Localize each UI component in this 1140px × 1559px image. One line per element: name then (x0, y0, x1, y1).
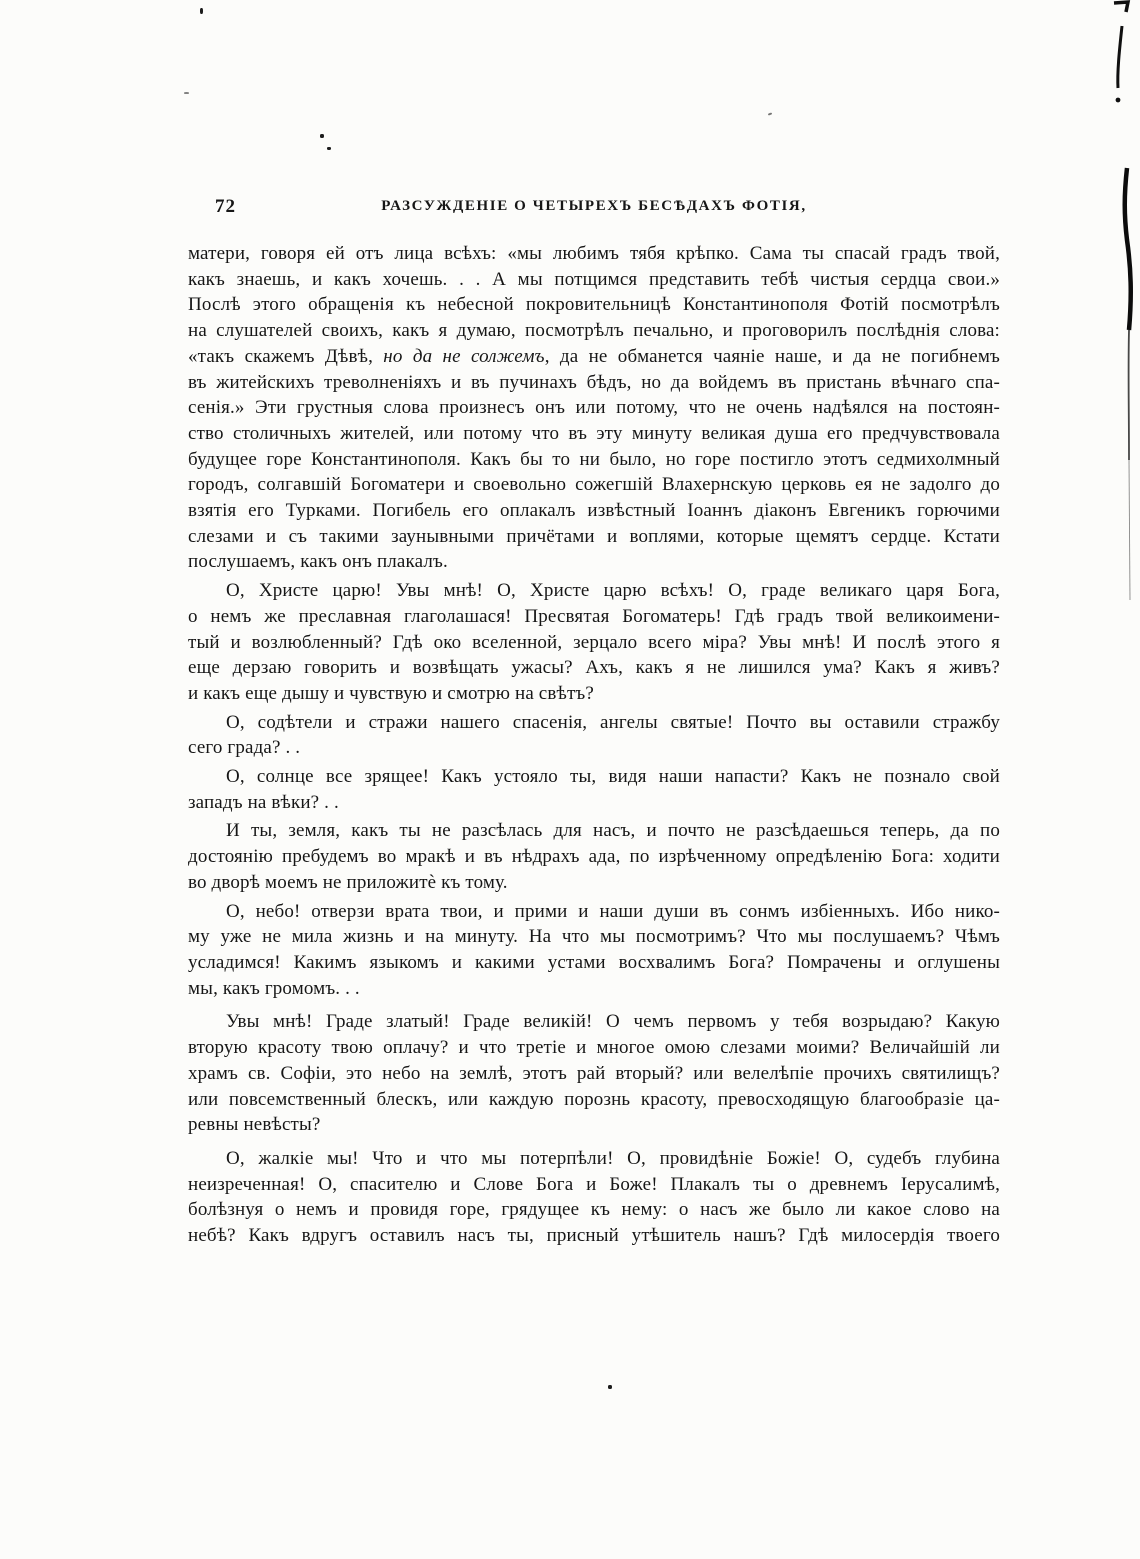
paragraph: матери, говоря ей отъ лица всѣхъ: «мы лю… (188, 241, 1000, 575)
text-line: достоянію пребудемъ во мракѣ и въ нѣдрах… (188, 844, 1000, 870)
text-line: О, солнце все зрящее! Какъ устояло ты, в… (188, 764, 1000, 790)
text-line: О, жалкіе мы! Что и что мы потерпѣли! О,… (188, 1146, 1000, 1172)
paragraph: О, жалкіе мы! Что и что мы потерпѣли! О,… (188, 1146, 1000, 1249)
text-line: во дворѣ моемъ не приложитѐ къ тому. (188, 870, 1000, 896)
text-line: взятія его Турками. Погибель его оплакал… (188, 498, 1000, 524)
text-line: въ житейскихъ треволненіяхъ и въ пучинах… (188, 370, 1000, 396)
page-title: РАЗСУЖДЕНІЕ О ЧЕТЫРЕХЪ БЕСѢДАХЪ ФОТІЯ, (188, 198, 1000, 215)
paragraph: О, солнце все зрящее! Какъ устояло ты, в… (188, 764, 1000, 815)
text-line: вторую красоту твою оплачу? и что третіе… (188, 1035, 1000, 1061)
text-line: будущее горе Константинополя. Какъ бы то… (188, 447, 1000, 473)
text-line: усладимся! Какимъ языкомъ и какими устам… (188, 950, 1000, 976)
text-line: Послѣ этого обращенія къ небесной покров… (188, 292, 1000, 318)
text-line: ство столичныхъ жителей, или потому что … (188, 421, 1000, 447)
text-line: болѣзнуя о немъ и провидя горе, грядущее… (188, 1197, 1000, 1223)
paragraph: О, содѣтели и стражи нашего спасенія, ан… (188, 710, 1000, 761)
text-line: еще дерзаю говорить и возвѣщать ужасы? А… (188, 655, 1000, 681)
text-line: на слушателей своихъ, какъ я думаю, посм… (188, 318, 1000, 344)
paragraph: О, Христе царю! Увы мнѣ! О, Христе царю … (188, 578, 1000, 707)
text-line: му уже не мила жизнь и на минуту. На что… (188, 924, 1000, 950)
dust-speck (327, 147, 331, 150)
text-line: матери, говоря ей отъ лица всѣхъ: «мы лю… (188, 241, 1000, 267)
text-segment: , да не обманется чаяніе наше, и да не п… (545, 346, 1000, 367)
paragraph: О, небо! отверзи врата твои, и прими и н… (188, 899, 1000, 1002)
text-line: западъ на вѣки? . . (188, 790, 1000, 816)
text-line: ревны невѣсты? (188, 1112, 1000, 1138)
dust-speck (184, 92, 189, 94)
body-text: матери, говоря ей отъ лица всѣхъ: «мы лю… (188, 241, 1000, 1249)
text-line: «такъ скажемъ Дѣвѣ, но да не солжемъ, да… (188, 344, 1000, 370)
text-segment: «такъ скажемъ Дѣвѣ, (188, 346, 383, 367)
text-line: какъ знаешь, и какъ хочешь. . . А мы пот… (188, 267, 1000, 293)
dust-speck (608, 1385, 612, 1389)
text-line: слезами и съ такими заунывными причётами… (188, 524, 1000, 550)
text-line: тый и возлюбленный? Гдѣ око вселенной, з… (188, 630, 1000, 656)
paragraph: И ты, земля, какъ ты не разсѣлась для на… (188, 818, 1000, 895)
running-header: 72 РАЗСУЖДЕНІЕ О ЧЕТЫРЕХЪ БЕСѢДАХЪ ФОТІЯ… (188, 196, 1000, 218)
text-line: О, содѣтели и стражи нашего спасенія, ан… (188, 710, 1000, 736)
text-line: О, небо! отверзи врата твои, и прими и н… (188, 899, 1000, 925)
text-line: и какъ еще дышу и чувствую и смотрю на с… (188, 681, 1000, 707)
text-line: послушаемъ, какъ онъ плакалъ. (188, 549, 1000, 575)
dust-speck (200, 8, 203, 14)
italic-phrase: но да не солжемъ (383, 346, 544, 367)
dust-speck (768, 112, 772, 115)
text-line: сего града? . . (188, 735, 1000, 761)
dust-speck (320, 134, 324, 138)
book-page: 72 РАЗСУЖДЕНІЕ О ЧЕТЫРЕХЪ БЕСѢДАХЪ ФОТІЯ… (0, 0, 1140, 1559)
text-line: о немъ же преславная глаголашася! Пресвя… (188, 604, 1000, 630)
text-line: И ты, земля, какъ ты не разсѣлась для на… (188, 818, 1000, 844)
text-line: городъ, солгавшій Богоматери и своевольн… (188, 472, 1000, 498)
text-line: сенія.» Эти грустныя слова произнесъ онъ… (188, 395, 1000, 421)
text-line: храмъ св. Софіи, это небо на землѣ, этот… (188, 1061, 1000, 1087)
text-line: неизреченная! О, спасителю и Слове Бога … (188, 1172, 1000, 1198)
paragraph: Увы мнѣ! Граде златый! Граде великій! О … (188, 1009, 1000, 1138)
text-line: небѣ? Какъ вдругъ оставилъ насъ ты, прис… (188, 1223, 1000, 1249)
text-line: Увы мнѣ! Граде златый! Граде великій! О … (188, 1009, 1000, 1035)
text-line: или повсемственный блескъ, или каждую по… (188, 1087, 1000, 1113)
text-line: О, Христе царю! Увы мнѣ! О, Христе царю … (188, 578, 1000, 604)
text-line: мы, какъ громомъ. . . (188, 976, 1000, 1002)
